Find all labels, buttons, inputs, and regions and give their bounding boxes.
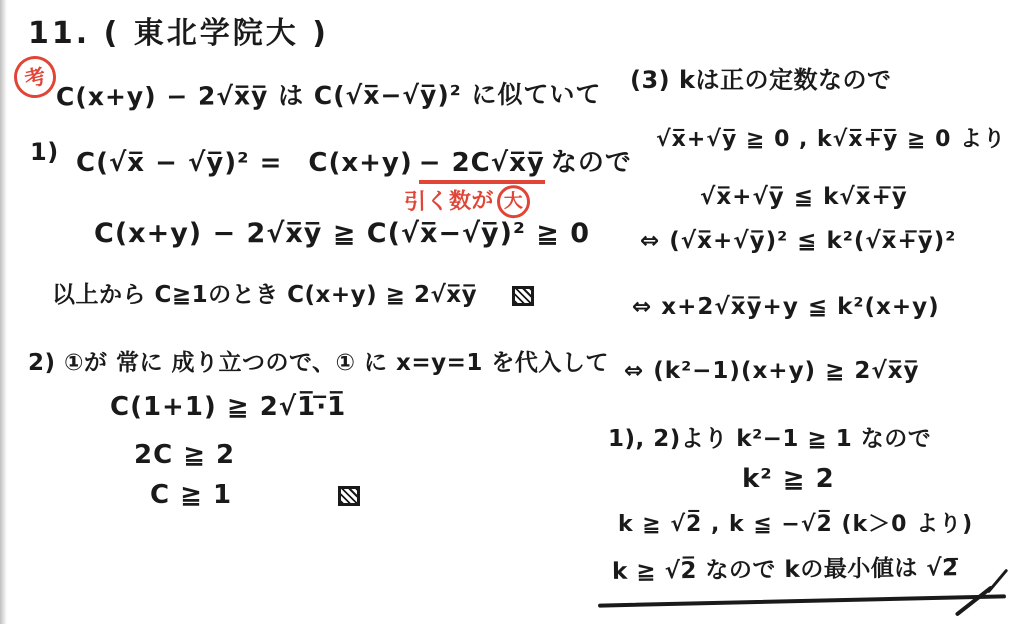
expanded-inequality: ⇔ x+2√x̅y̅+y ≦ k²(x+y) [632,294,940,320]
target-inequality: √x̅+√y̅ ≦ k√x̅+̅y̅ [700,184,908,210]
eq1-lhs: C(√x̅ − √y̅)² = [76,148,282,178]
k-squared-bound: k² ≧ 2 [742,464,835,494]
red-annotation-text: 引く数が [404,189,494,216]
red-circled-dai: 大 [497,185,531,219]
part1-equation: C(√x̅ − √y̅)² =C(x+y)− 2C√x̅y̅なので [76,142,632,179]
kou-stamp-icon: 考 [10,52,60,102]
pen-flourish [987,569,1009,594]
part2-statement: 2) ①が 常に 成り立つので、① に x=y=1 を代入して [28,344,609,377]
qed-mark [338,486,360,506]
rearranged-inequality: ⇔ (k²−1)(x+y) ≧ 2√x̅y̅ [624,358,920,384]
part1-conclusion: 以上から C≧1のとき C(x+y) ≧ 2√x̅y̅ [52,276,534,309]
eq1-tail: なので [551,148,632,178]
conclusion-text: 以上から C≧1のとき C(x+y) ≧ 2√x̅y̅ [52,282,477,308]
answer-underline [598,594,1006,607]
combining-results: 1), 2)より k²−1 ≧ 1 なので [608,420,931,453]
part2-result-text: C ≧ 1 [150,480,232,510]
problem-title: 11. ( 東北学院大 ) [28,8,329,52]
part2-result: C ≧ 1 [150,480,360,510]
part1-label: 1) [30,138,59,166]
part3-heading: (3) kは正の定数なので [630,60,891,95]
substitution-equation: C(1+1) ≧ 2√1̅·̅1̅ [110,392,346,422]
paper-edge [0,0,7,624]
inequality-chain: C(x+y) − 2√x̅y̅ ≧ C(√x̅−√y̅)² ≧ 0 [94,218,590,249]
eq1-mid: C(x+y) [308,148,412,178]
eq1-underlined-term: − 2C√x̅y̅ [419,148,545,184]
squared-inequality: ⇔ (√x̅+√y̅)² ≦ k²(√x̅+̅y̅)² [640,228,956,254]
nonnegative-conditions: √x̅+√y̅ ≧ 0 , k√x̅+̅y̅ ≧ 0 より [656,122,1006,153]
simplified-inequality: 2C ≧ 2 [134,440,235,470]
intro-formula: C(x+y) − 2√x̅y̅ は C(√x̅−√y̅)² に似ていて [56,75,602,114]
red-annotation: 引く数が大 [404,183,531,220]
k-solutions: k ≧ √2̅ , k ≦ −√2̅ (k＞0 より) [618,507,973,538]
qed-mark [512,286,534,306]
stamp-character: 考 [22,60,49,94]
final-answer: k ≧ √2̅ なので kの最小値は √2̅ [612,549,959,586]
